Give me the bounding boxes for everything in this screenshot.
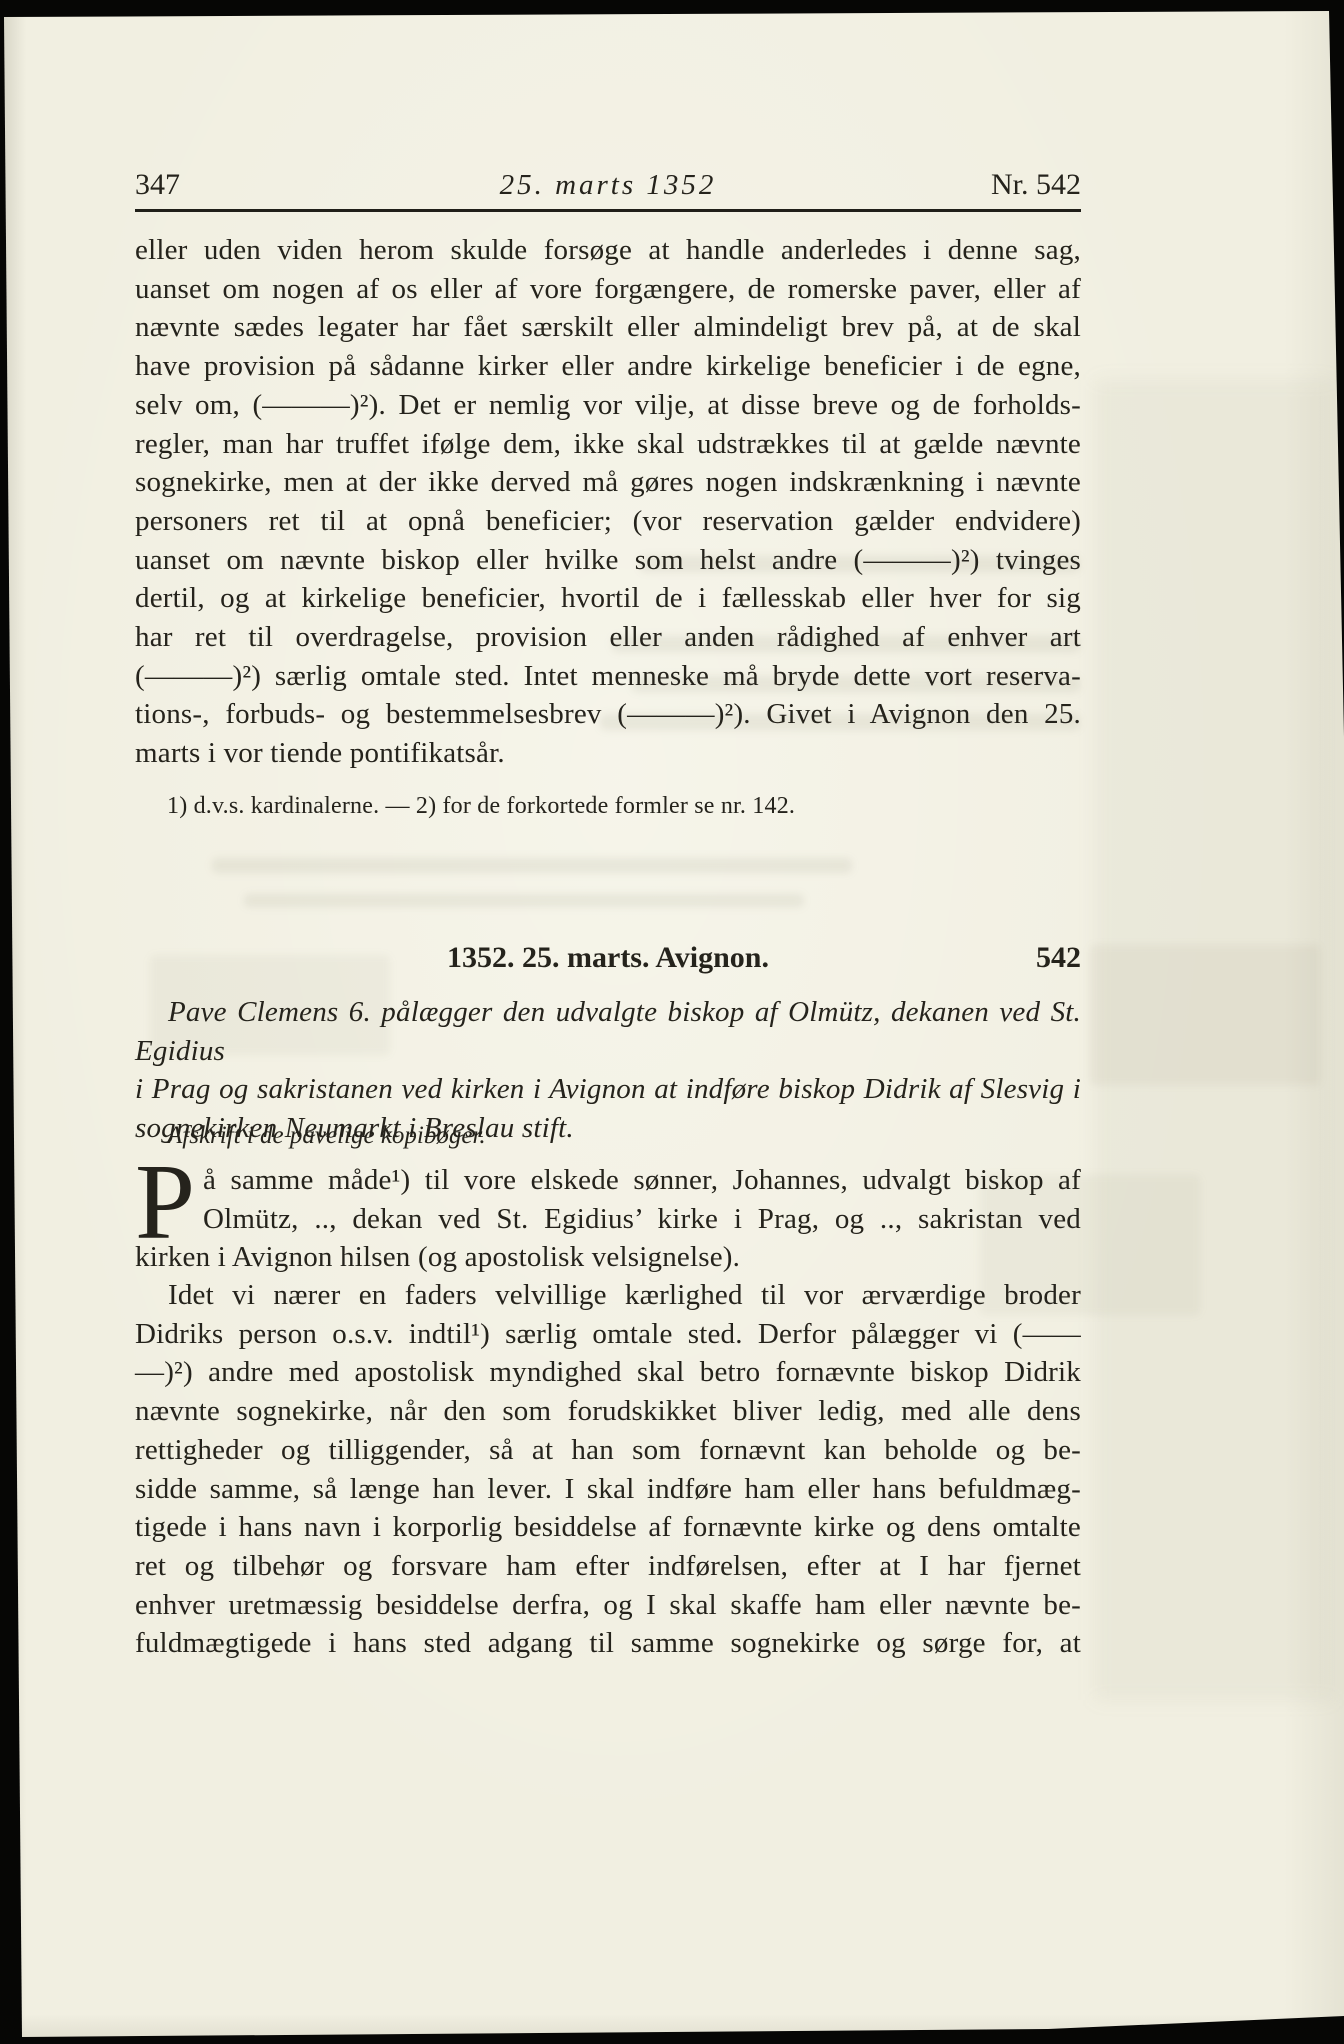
text-line: Pave Clemens 6. pålægger den udvalgte bi… — [135, 993, 1081, 1070]
opening-lines: å samme måde¹) til vore elskede sønner, … — [135, 1161, 1081, 1277]
running-head-date: 25. marts 1352 — [500, 168, 717, 202]
entry-opening-paragraph: P å samme måde¹) til vore elskede sønner… — [135, 1161, 1081, 1277]
entry-number-ref: Nr. 542 — [716, 168, 1081, 202]
text-line: Idet vi nærer en faders velvillige kærli… — [135, 1276, 1081, 1315]
page-content: 347 25. marts 1352 Nr. 542 eller uden vi… — [0, 0, 1344, 2044]
entry-body-paragraph: Idet vi nærer en faders velvillige kærli… — [135, 1276, 1081, 1663]
text-line: rettigheder og tilliggender, så at han s… — [135, 1431, 1081, 1470]
header-rule — [135, 209, 1081, 212]
text-line: marts i vor tiende pontifikatsår. — [135, 734, 1081, 773]
text-line: ret og tilbehør og forsvare ham efter in… — [135, 1547, 1081, 1586]
text-line: Didriks person o.s.v. indtil¹) særlig om… — [135, 1315, 1081, 1354]
text-line: fuldmægtigede i hans sted adgang til sam… — [135, 1624, 1081, 1663]
text-line: uanset om nævnte biskop eller hvilke som… — [135, 541, 1081, 580]
page-number: 347 — [135, 168, 500, 202]
text-line: sidde samme, så længe han lever. I skal … — [135, 1470, 1081, 1509]
entry-heading-row: 1352. 25. marts. Avignon. 542 — [135, 940, 1081, 976]
text-line: tigede i hans navn i korporlig besiddels… — [135, 1508, 1081, 1547]
entry-number: 542 — [1036, 940, 1081, 976]
text-line: selv om, (———)²). Det er nemlig vor vilj… — [135, 386, 1081, 425]
text-line: har ret til overdragelse, provision elle… — [135, 618, 1081, 657]
text-line: nævnte sædes legater har fået særskilt e… — [135, 308, 1081, 347]
text-line: uanset om nogen af os eller af vore forg… — [135, 270, 1081, 309]
show-through-ghost — [1090, 945, 1320, 1085]
page-scan: 347 25. marts 1352 Nr. 542 eller uden vi… — [0, 0, 1344, 2044]
text-line: i Prag og sakristanen ved kirken i Avign… — [135, 1070, 1081, 1109]
running-header: 347 25. marts 1352 Nr. 542 — [135, 168, 1081, 202]
text-line: regler, man har truffet ifølge dem, ikke… — [135, 425, 1081, 464]
entry-heading: 1352. 25. marts. Avignon. — [135, 940, 1081, 976]
text-line: enhver uretmæssig besiddelse derfra, og … — [135, 1586, 1081, 1625]
drop-cap: P — [135, 1164, 193, 1237]
text-line: dertil, og at kirkelige beneficier, hvor… — [135, 579, 1081, 618]
continuation-paragraph: eller uden viden herom skulde forsøge at… — [135, 231, 1081, 773]
text-line: kirken i Avignon hilsen (og apostolisk v… — [135, 1238, 1081, 1277]
text-line: —)²) andre med apostolisk myndighed skal… — [135, 1353, 1081, 1392]
source-note: Afskrift i de pavelige kopibøger. — [167, 1121, 1067, 1151]
text-line: tions-, forbuds- og bestemmelsesbrev (——… — [135, 695, 1081, 734]
text-line: eller uden viden herom skulde forsøge at… — [135, 231, 1081, 270]
text-line: å samme måde¹) til vore elskede sønner, … — [135, 1161, 1081, 1200]
text-line: have provision på sådanne kirker eller a… — [135, 347, 1081, 386]
text-line: sognekirke, men at der ikke derved må gø… — [135, 463, 1081, 502]
footnotes: 1) d.v.s. kardinalerne. — 2) for de fork… — [167, 791, 1081, 821]
text-line: Olmütz, .., dekan ved St. Egidius’ kirke… — [135, 1200, 1081, 1239]
text-line: (———)²) særlig omtale sted. Intet mennes… — [135, 657, 1081, 696]
text-line: nævnte sognekirke, når den som forudskik… — [135, 1392, 1081, 1431]
show-through-ghost — [244, 894, 804, 907]
text-line: personers ret til at opnå beneficier; (v… — [135, 502, 1081, 541]
show-through-ghost — [212, 858, 852, 873]
